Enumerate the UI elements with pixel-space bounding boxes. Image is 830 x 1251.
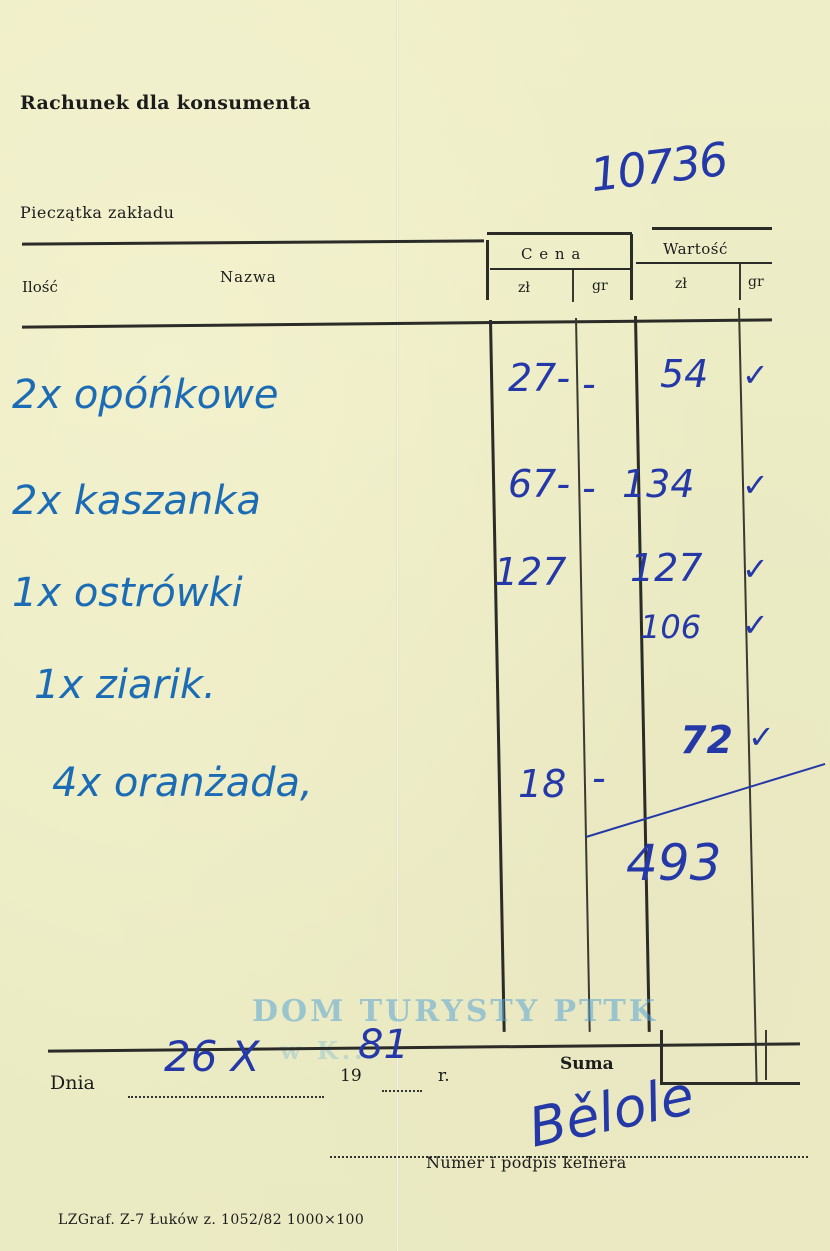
signer-label: Numer i podpis kelnera (426, 1153, 627, 1172)
stamp-label: Pieczątka zakładu (20, 203, 174, 222)
value-top-rule (652, 227, 772, 230)
form-title: Rachunek dla konsumenta (20, 92, 311, 114)
row-price-zl: 67- (508, 462, 570, 506)
row-price-zl: 27- (508, 356, 570, 400)
row-value-zl: 72 (680, 718, 733, 762)
date-dotted-line (128, 1096, 324, 1098)
row-value-zl: 106 (640, 608, 701, 646)
checkmark-icon: ✓ (748, 718, 775, 756)
date-value: 26 X (164, 1032, 260, 1081)
row-price-gr: - (592, 756, 606, 800)
date-label: Dnia (50, 1072, 95, 1094)
price-top-rule (487, 232, 632, 235)
header-price-zl: zł (518, 280, 530, 296)
checkmark-icon: ✓ (742, 606, 769, 644)
header-price-gr: gr (592, 278, 608, 294)
header-price: C e n a (521, 245, 581, 263)
header-value-gr: gr (748, 274, 764, 290)
row-value-zl: 134 (622, 462, 695, 506)
column-divider (572, 270, 574, 302)
row-item-name: 1x ziarik. (34, 662, 216, 708)
year-prefix: 19 (340, 1066, 362, 1086)
header-value: Wartość (663, 240, 728, 258)
row-price-zl: 127 (494, 550, 567, 594)
establishment-stamp: DOM TURYSTY PTTK (252, 994, 658, 1029)
sum-label: Suma (560, 1054, 614, 1074)
checkmark-icon: ✓ (742, 466, 769, 504)
value-sub-rule (636, 262, 772, 264)
total-value: 493 (626, 834, 721, 892)
column-divider (630, 234, 633, 300)
year-value: 81 (358, 1022, 409, 1068)
row-item-name: 1x ostrówki (12, 570, 243, 616)
row-price-gr: - (582, 362, 596, 406)
checkmark-icon: ✓ (742, 550, 769, 588)
row-item-name: 4x oranżada, (52, 760, 313, 806)
printer-info: LZGraf. Z-7 Łuków z. 1052/82 1000×100 (58, 1212, 364, 1228)
column-divider (739, 264, 741, 300)
row-item-name: 2x opóńkowe (12, 372, 278, 418)
price-sub-rule (490, 268, 630, 270)
year-suffix: r. (438, 1066, 450, 1086)
header-quantity: Ilość (22, 278, 58, 296)
year-dotted-line (382, 1090, 422, 1092)
column-divider (486, 240, 489, 300)
row-value-zl: 127 (630, 546, 703, 590)
row-price-gr: - (582, 466, 596, 510)
row-item-name: 2x kaszanka (12, 478, 261, 524)
header-name: Nazwa (220, 268, 277, 286)
checkmark-icon: ✓ (742, 356, 769, 394)
row-value-zl: 54 (660, 352, 708, 396)
row-price-zl: 18 (518, 762, 566, 806)
sum-box-divider (765, 1030, 767, 1080)
header-value-zl: zł (675, 276, 687, 292)
